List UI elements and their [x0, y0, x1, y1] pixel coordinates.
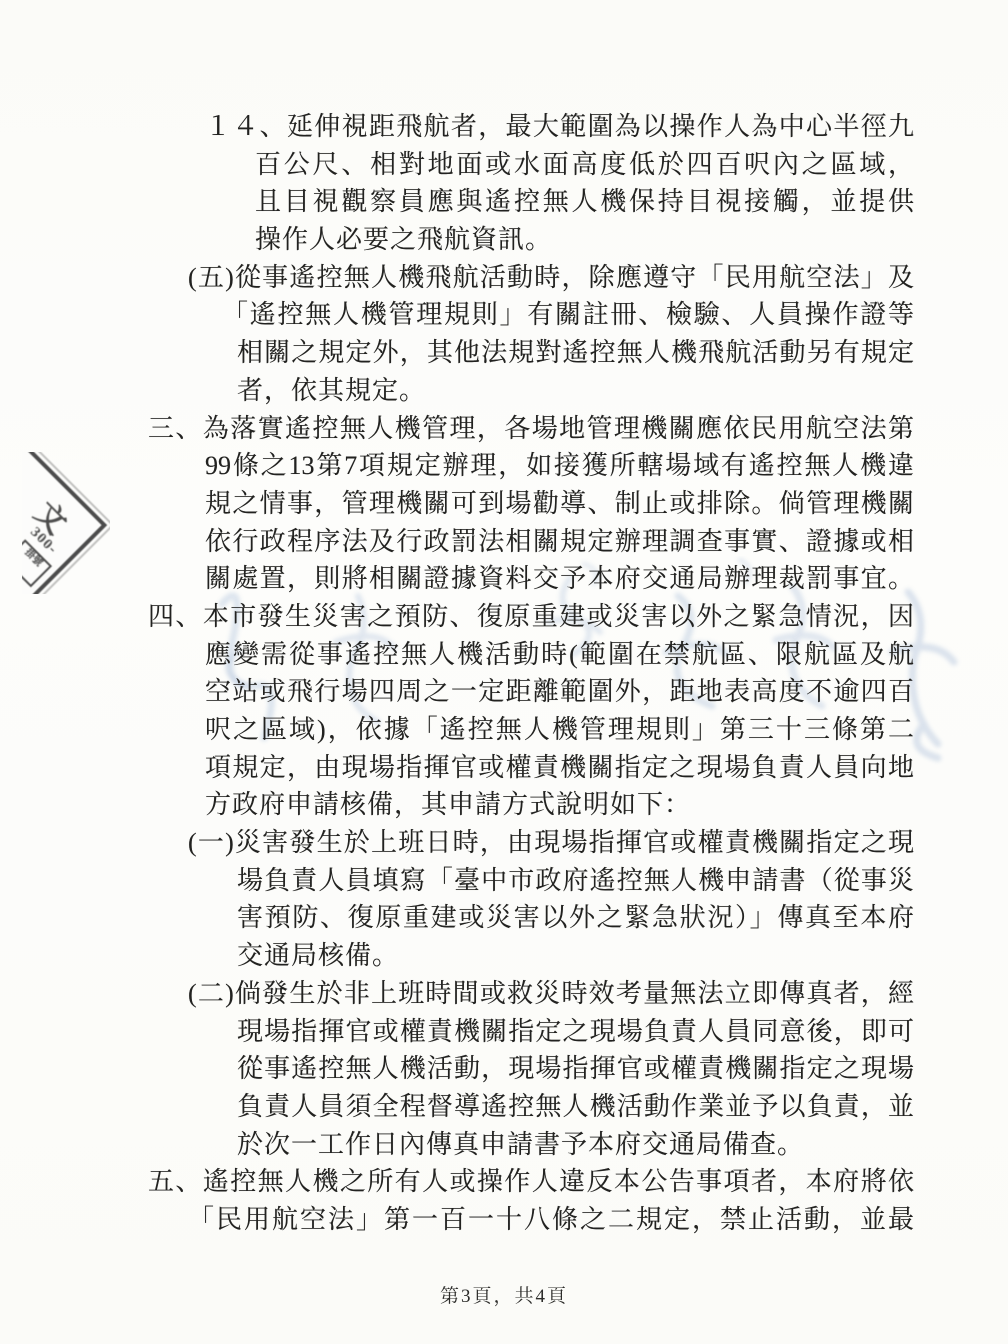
text-line: 應變需從事遙控無人機活動時(範圍在禁航區、限航區及航: [148, 636, 914, 674]
document-page: 文 300- 掛號 １４、延伸視距飛航者，最大範圍為以操作人為中心半徑九百公尺、…: [0, 0, 1008, 1344]
document-text-block: １４、延伸視距飛航者，最大範圍為以操作人為中心半徑九百公尺、相對地面或水面高度低…: [148, 108, 914, 1239]
text-line: 四、本市發生災害之預防、復原重建或災害以外之緊急情況，因: [148, 598, 914, 636]
text-line: 負責人員須全程督導遙控無人機活動作業並予以負責，並: [148, 1088, 914, 1126]
text-line: 99條之13第7項規定辦理，如接獲所轄場域有遙控無人機違: [148, 447, 914, 485]
text-line: (五)從事遙控無人機飛航活動時，除應遵守「民用航空法」及: [148, 259, 914, 297]
text-line: １４、延伸視距飛航者，最大範圍為以操作人為中心半徑九: [148, 108, 914, 146]
text-line: 者，依其規定。: [148, 372, 914, 410]
text-line: 項規定，由現場指揮官或權責機關指定之現場負責人員向地: [148, 749, 914, 787]
text-line: 場負責人員填寫「臺中市政府遙控無人機申請書（從事災: [148, 862, 914, 900]
text-line: 操作人必要之飛航資訊。: [148, 221, 914, 259]
text-line: 呎之區域)，依據「遙控無人機管理規則」第三十三條第二: [148, 711, 914, 749]
text-line: 依行政程序法及行政罰法相關規定辦理調查事實、證據或相: [148, 523, 914, 561]
text-line: 從事遙控無人機活動，現場指揮官或權責機關指定之現場: [148, 1050, 914, 1088]
text-line: (二)倘發生於非上班時間或救災時效考量無法立即傳真者，經: [148, 975, 914, 1013]
text-line: 害預防、復原重建或災害以外之緊急狀況）」傳真至本府: [148, 899, 914, 937]
text-line: 相關之規定外，其他法規對遙控無人機飛航活動另有規定: [148, 334, 914, 372]
text-line: 「遙控無人機管理規則」有關註冊、檢驗、人員操作證等: [148, 296, 914, 334]
text-line: 關處置，則將相關證據資料交予本府交通局辦理裁罰事宜。: [148, 560, 914, 598]
text-line: 方政府申請核備，其申請方式說明如下：: [148, 786, 914, 824]
text-line: 交通局核備。: [148, 937, 914, 975]
postal-stamp-fragment: 文 300- 掛號: [22, 452, 110, 594]
text-line: 三、為落實遙控無人機管理，各場地管理機關應依民用航空法第: [148, 410, 914, 448]
text-line: 於次一工作日內傳真申請書予本府交通局備查。: [148, 1126, 914, 1164]
stamp-border: 文 300- 掛號: [22, 452, 107, 594]
page-number-footer: 第3頁，共4頁: [0, 1281, 1008, 1308]
text-line: (一)災害發生於上班日時，由現場指揮官或權責機關指定之現: [148, 824, 914, 862]
text-line: 百公尺、相對地面或水面高度低於四百呎內之區域，: [148, 146, 914, 184]
text-line: 且目視觀察員應與遙控無人機保持目視接觸，並提供: [148, 183, 914, 221]
text-line: 五、遙控無人機之所有人或操作人違反本公告事項者，本府將依: [148, 1163, 914, 1201]
text-line: 「民用航空法」第一百一十八條之二規定，禁止活動，並最: [148, 1201, 914, 1239]
text-line: 現場指揮官或權責機關指定之現場負責人員同意後，即可: [148, 1013, 914, 1051]
text-line: 空站或飛行場四周之一定距離範圍外，距地表高度不逾四百: [148, 673, 914, 711]
text-line: 規之情事，管理機關可到場勸導、制止或排除。倘管理機關: [148, 485, 914, 523]
